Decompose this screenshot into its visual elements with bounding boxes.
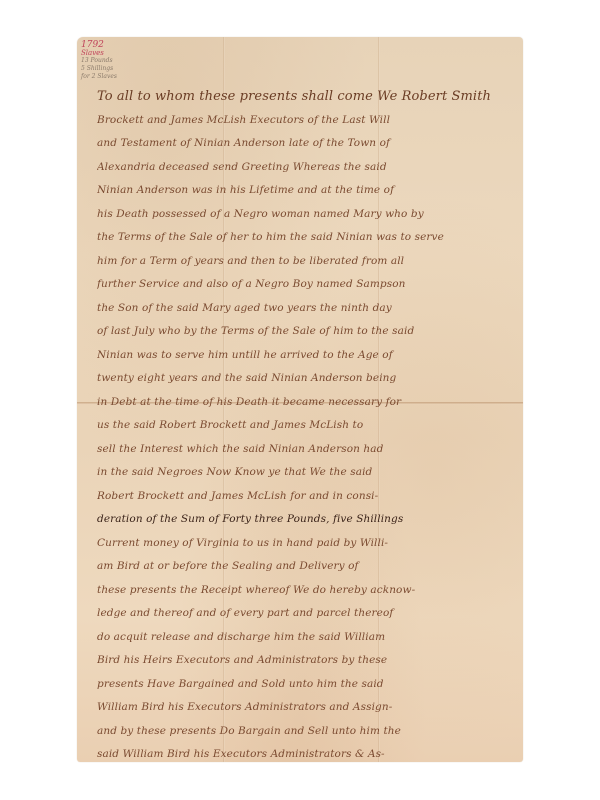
text-line: his Death possessed of a Negro woman nam… [97, 203, 513, 227]
text-line: the Son of the said Mary aged two years … [97, 297, 513, 321]
manuscript-text: To all to whom these presents shall come… [97, 85, 513, 762]
stage: 1792 Slaves 13 Pounds 5 Shillings for 2 … [0, 0, 600, 800]
text-line: said William Bird his Executors Administ… [97, 743, 513, 762]
text-line: Ninian Anderson was in his Lifetime and … [97, 179, 513, 203]
text-line: sell the Interest which the said Ninian … [97, 438, 513, 462]
text-line: the Terms of the Sale of her to him the … [97, 226, 513, 250]
text-line: of last July who by the Terms of the Sal… [97, 320, 513, 344]
text-line: am Bird at or before the Sealing and Del… [97, 555, 513, 579]
text-line: further Service and also of a Negro Boy … [97, 273, 513, 297]
text-line: and Testament of Ninian Anderson late of… [97, 132, 513, 156]
margin-year: 1792 [81, 41, 151, 49]
text-line-sum: deration of the Sum of Forty three Pound… [97, 508, 513, 532]
text-line: William Bird his Executors Administrator… [97, 696, 513, 720]
text-line: Robert Brockett and James McLish for and… [97, 485, 513, 509]
margin-label: Slaves [81, 49, 151, 57]
text-line: do acquit release and discharge him the … [97, 626, 513, 650]
text-line: in the said Negroes Now Know ye that We … [97, 461, 513, 485]
text-line: Ninian was to serve him untill he arrive… [97, 344, 513, 368]
text-line: these presents the Receipt whereof We do… [97, 579, 513, 603]
archival-margin-note: 1792 Slaves 13 Pounds 5 Shillings for 2 … [81, 41, 151, 81]
text-line: presents Have Bargained and Sold unto hi… [97, 673, 513, 697]
text-line: us the said Robert Brockett and James Mc… [97, 414, 513, 438]
text-line: Bird his Heirs Executors and Administrat… [97, 649, 513, 673]
text-line: To all to whom these presents shall come… [97, 85, 513, 109]
text-line: Brockett and James McLish Executors of t… [97, 109, 513, 133]
text-line: ledge and thereof and of every part and … [97, 602, 513, 626]
margin-line-3: for 2 Slaves [81, 73, 151, 81]
text-line: Alexandria deceased send Greeting Wherea… [97, 156, 513, 180]
text-line: Current money of Virginia to us in hand … [97, 532, 513, 556]
text-line: in Debt at the time of his Death it beca… [97, 391, 513, 415]
margin-line-2: 5 Shillings [81, 65, 151, 73]
manuscript-page: 1792 Slaves 13 Pounds 5 Shillings for 2 … [77, 37, 523, 762]
margin-line-1: 13 Pounds [81, 57, 151, 65]
text-line: him for a Term of years and then to be l… [97, 250, 513, 274]
text-line: twenty eight years and the said Ninian A… [97, 367, 513, 391]
text-line: and by these presents Do Bargain and Sel… [97, 720, 513, 744]
